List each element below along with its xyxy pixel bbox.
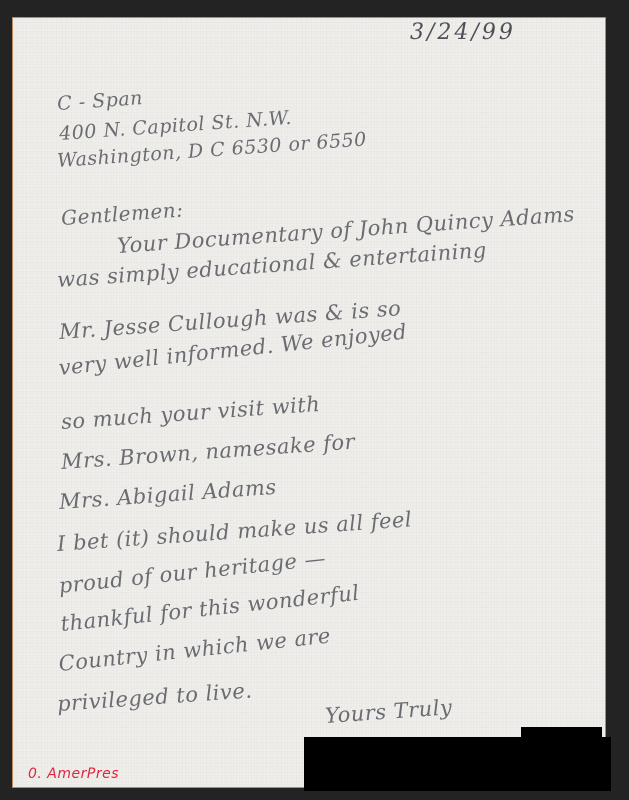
redaction-box <box>304 737 611 791</box>
letter-date: 3/24/99 <box>410 20 516 45</box>
archive-annotation: 0. AmerPres <box>28 766 119 782</box>
